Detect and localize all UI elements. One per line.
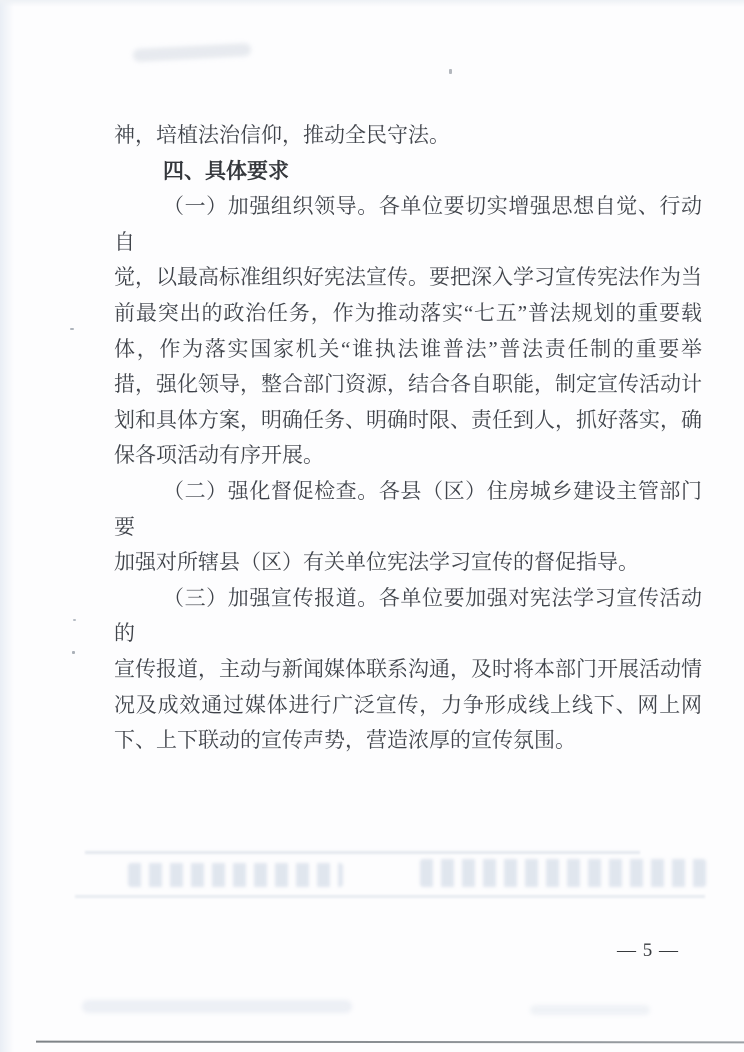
scan-speck [72,651,75,654]
scan-top-edge-shadow [0,0,744,7]
paragraph-2-line: （二）强化督促检查。各县（区）住房城乡建设主管部门要 [114,474,702,545]
bleedthrough-streak [75,895,705,898]
page-number: — 5 — [612,940,684,962]
bleedthrough-text-ghost [128,863,343,887]
scan-smudge [82,1000,352,1013]
paragraph-1-line: 体，作为落实国家机关“谁执法谁普法”普法责任制的重要举 [114,332,702,368]
paragraph-3-line: 宣传报道，主动与新闻媒体联系沟通，及时将本部门开展活动情 [114,652,702,688]
scan-speck [449,69,452,74]
scan-smudge [530,1005,650,1015]
scan-speck [73,619,76,621]
paragraph-1-line: 划和具体方案，明确任务、明确时限、责任到人，抓好落实，确 [114,403,702,439]
paragraph-3-line: 下、上下联动的宣传声势，营造浓厚的宣传氛围。 [114,723,702,759]
scanned-document-page: 神，培植法治信仰，推动全民守法。 四、具体要求 （一）加强组织领导。各单位要切实… [0,0,744,1052]
scan-speck [70,328,74,330]
paragraph-1-line: 前最突出的政治任务，作为推动落实“七五”普法规划的重要载 [114,296,702,332]
paragraph-3-line: （三）加强宣传报道。各单位要加强对宪法学习宣传活动的 [114,581,702,652]
document-body: 神，培植法治信仰，推动全民守法。 四、具体要求 （一）加强组织领导。各单位要切实… [114,118,702,759]
bleedthrough-streak [85,851,640,854]
paragraph-1-line: 措，强化领导，整合部门资源，结合各自职能，制定宣传活动计 [114,367,702,403]
paragraph-1-line: （一）加强组织领导。各单位要切实增强思想自觉、行动自 [114,189,702,260]
scan-smudge [133,43,252,62]
page-bottom-edge-line [36,1041,744,1044]
paragraph-continuation-line: 神，培植法治信仰，推动全民守法。 [114,118,702,154]
paragraph-1-line: 觉，以最高标准组织好宪法宣传。要把深入学习宣传宪法作为当 [114,260,702,296]
scan-left-edge-shadow [0,0,14,1052]
section-heading: 四、具体要求 [114,154,702,190]
paragraph-1-line: 保各项活动有序开展。 [114,438,702,474]
bleedthrough-text-ghost [420,859,706,887]
paragraph-3-line: 况及成效通过媒体进行广泛宣传，力争形成线上线下、网上网 [114,688,702,724]
paragraph-2-line: 加强对所辖县（区）有关单位宪法学习宣传的督促指导。 [114,545,702,581]
